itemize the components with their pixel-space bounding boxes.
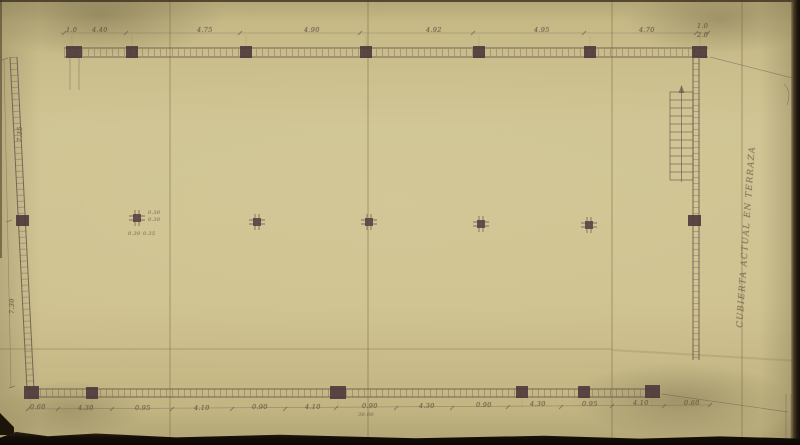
wall-column xyxy=(578,386,590,398)
wall-column xyxy=(126,46,138,58)
dimension-label: 4.92 xyxy=(426,26,442,34)
dimension-label: 0.60 xyxy=(30,403,46,411)
wall-column xyxy=(688,215,701,226)
bottom-wall xyxy=(24,385,660,399)
wall-column xyxy=(16,215,29,226)
total-dimension-label: 30.00 xyxy=(358,412,374,418)
dimension-label: 4.90 xyxy=(304,26,320,34)
sheet-edges xyxy=(662,57,800,438)
dimension-label: 4.95 xyxy=(534,26,550,34)
dimension-label: 7.35 xyxy=(16,126,24,142)
wall-column xyxy=(473,46,485,58)
dimension-label: 0.60 xyxy=(684,399,700,407)
wall-column xyxy=(330,386,346,399)
column xyxy=(129,210,145,226)
column-note: 0.30 xyxy=(148,210,160,216)
dimension-label: 1.0 xyxy=(66,26,77,34)
column xyxy=(473,216,489,232)
wall-column xyxy=(584,46,596,58)
left-wall xyxy=(2,57,34,390)
dimension-label: 4.30 xyxy=(419,402,435,410)
column-note: 0.30 xyxy=(128,231,140,237)
dimension-label: 4.10 xyxy=(194,404,210,412)
dimension-label: 4.40 xyxy=(92,26,108,34)
dimension-label: 0.90 xyxy=(476,401,492,409)
photo-edge-top xyxy=(0,0,800,2)
column-note: 0.30 xyxy=(148,217,160,223)
wall-column xyxy=(240,46,252,58)
interior-columns xyxy=(129,210,597,233)
dimension-label: 4.70 xyxy=(639,26,655,34)
floor-plan-drawing xyxy=(0,0,800,445)
dimension-label: 7.30 xyxy=(8,298,16,314)
photo-edge-left xyxy=(0,0,2,258)
column xyxy=(581,217,597,233)
dimension-label: 4.10 xyxy=(305,403,321,411)
dimension-label: 1.0 xyxy=(697,22,708,30)
column xyxy=(249,214,265,230)
dimension-label: 0.95 xyxy=(135,404,151,412)
right-wall xyxy=(688,57,701,360)
dimension-label: 4.10 xyxy=(633,399,649,407)
dimension-label: 4.30 xyxy=(530,400,546,408)
staircase xyxy=(670,85,693,182)
wall-column xyxy=(516,386,528,398)
dimension-label: 0.90 xyxy=(252,403,268,411)
dimension-label: 4.75 xyxy=(197,26,213,34)
photo-edge-right xyxy=(791,0,800,445)
dimension-label: 0.95 xyxy=(582,400,598,408)
blueprint-paper: 1.0 4.40 4.75 4.90 4.92 4.95 4.70 1.0 2.… xyxy=(0,0,800,445)
wall-column xyxy=(86,387,98,399)
stair-direction-arrow-icon xyxy=(679,85,685,93)
wall-column xyxy=(360,46,372,58)
column-note: 0.35 xyxy=(143,231,155,237)
dimension-label: 4.30 xyxy=(78,404,94,412)
wall-column xyxy=(645,385,660,398)
wall-column xyxy=(66,46,82,58)
wall-column xyxy=(692,46,707,58)
dimension-label: 0.90 xyxy=(362,402,378,410)
fold-creases xyxy=(0,0,800,445)
dimension-label: 2.0 xyxy=(697,31,708,39)
wall-column xyxy=(24,386,39,399)
